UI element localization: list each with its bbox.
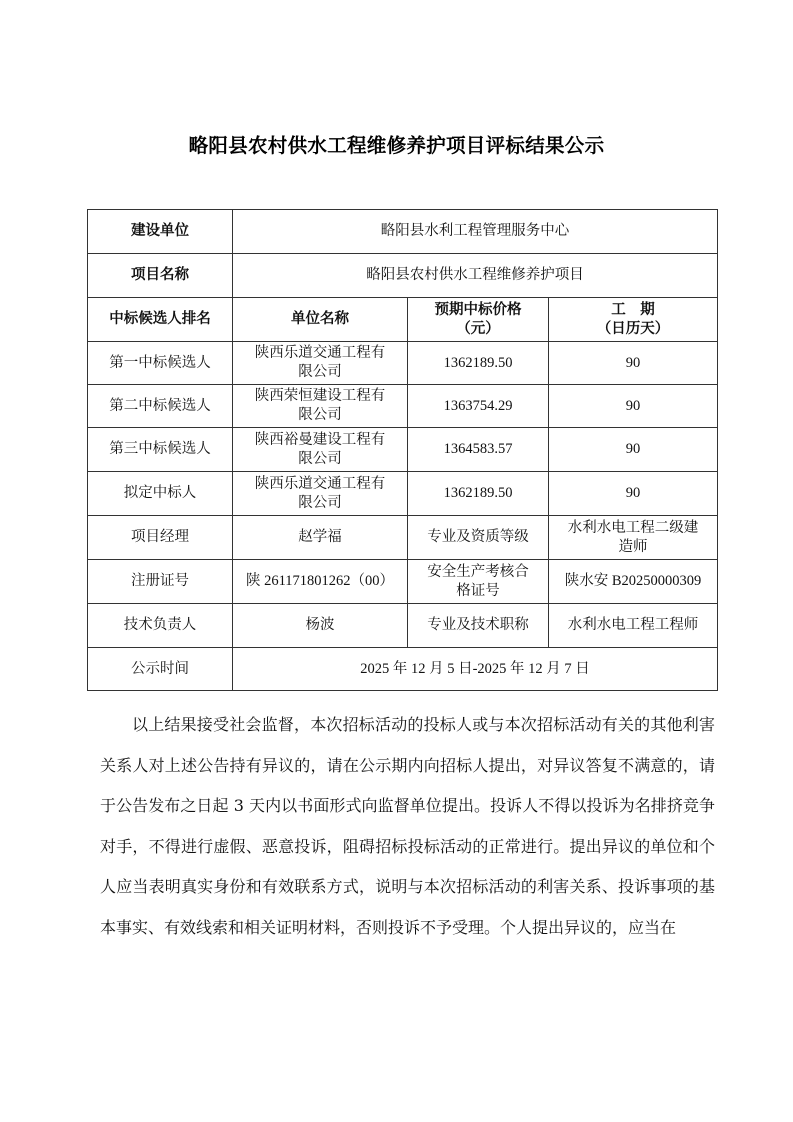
technical-title-value: 水利水电工程工程师 <box>549 604 718 648</box>
table-row-project-manager: 项目经理 赵学福 专业及资质等级 水利水电工程二级建 造师 <box>88 516 718 560</box>
header-rank: 中标候选人排名 <box>88 298 233 342</box>
project-manager-value: 赵学福 <box>233 516 408 560</box>
candidate-unit-line2: 限公司 <box>236 406 404 425</box>
construction-unit-value: 略阳县水利工程管理服务中心 <box>233 210 718 254</box>
header-period: 工 期 （日历天） <box>549 298 718 342</box>
candidate-unit-line1: 陕西裕曼建设工程有 <box>236 431 404 450</box>
header-price-line2: （元） <box>411 320 545 339</box>
project-name-value: 略阳县农村供水工程维修养护项目 <box>233 254 718 298</box>
table-row-technical-lead: 技术负责人 杨波 专业及技术职称 水利水电工程工程师 <box>88 604 718 648</box>
table-row: 第一中标候选人 陕西乐道交通工程有 限公司 1362189.50 90 <box>88 342 718 385</box>
candidate-period: 90 <box>549 342 718 385</box>
evaluation-result-table: 建设单位 略阳县水利工程管理服务中心 项目名称 略阳县农村供水工程维修养护项目 … <box>87 209 718 691</box>
document-title: 略阳县农村供水工程维修养护项目评标结果公示 <box>0 130 793 158</box>
header-price: 预期中标价格 （元） <box>408 298 549 342</box>
header-period-line2: （日历天） <box>552 320 714 339</box>
candidate-period: 90 <box>549 472 718 516</box>
header-period-line1: 工 期 <box>552 301 714 320</box>
table-row-construction-unit: 建设单位 略阳县水利工程管理服务中心 <box>88 210 718 254</box>
qualification-value: 水利水电工程二级建 造师 <box>549 516 718 560</box>
candidate-unit-line1: 陕西乐道交通工程有 <box>236 475 404 494</box>
candidate-unit-line2: 限公司 <box>236 450 404 469</box>
table-row: 第三中标候选人 陕西裕曼建设工程有 限公司 1364583.57 90 <box>88 428 718 472</box>
table-row: 第二中标候选人 陕西荣恒建设工程有 限公司 1363754.29 90 <box>88 385 718 428</box>
safety-cert-label: 安全生产考核合 格证号 <box>408 560 549 604</box>
table-header-row: 中标候选人排名 单位名称 预期中标价格 （元） 工 期 （日历天） <box>88 298 718 342</box>
candidate-unit-line1: 陕西荣恒建设工程有 <box>236 387 404 406</box>
candidate-unit-line2: 限公司 <box>236 363 404 382</box>
candidate-unit: 陕西乐道交通工程有 限公司 <box>233 342 408 385</box>
publicity-period-value: 2025 年 12 月 5 日-2025 年 12 月 7 日 <box>233 648 718 691</box>
safety-cert-label-line2: 格证号 <box>411 582 545 601</box>
construction-unit-label: 建设单位 <box>88 210 233 254</box>
candidate-rank: 第三中标候选人 <box>88 428 233 472</box>
registration-label: 注册证号 <box>88 560 233 604</box>
candidate-unit: 陕西裕曼建设工程有 限公司 <box>233 428 408 472</box>
table-row-registration: 注册证号 陕 261171801262（00） 安全生产考核合 格证号 陕水安 … <box>88 560 718 604</box>
header-unit-name: 单位名称 <box>233 298 408 342</box>
candidate-rank: 拟定中标人 <box>88 472 233 516</box>
project-name-label: 项目名称 <box>88 254 233 298</box>
publicity-period-label: 公示时间 <box>88 648 233 691</box>
candidate-period: 90 <box>549 385 718 428</box>
technical-title-label: 专业及技术职称 <box>408 604 549 648</box>
technical-lead-label: 技术负责人 <box>88 604 233 648</box>
qualification-line2: 造师 <box>552 538 714 557</box>
project-manager-label: 项目经理 <box>88 516 233 560</box>
candidate-unit-line1: 陕西乐道交通工程有 <box>236 344 404 363</box>
technical-lead-value: 杨波 <box>233 604 408 648</box>
candidate-rank: 第一中标候选人 <box>88 342 233 385</box>
header-price-line1: 预期中标价格 <box>411 301 545 320</box>
candidate-price: 1364583.57 <box>408 428 549 472</box>
table-row-project-name: 项目名称 略阳县农村供水工程维修养护项目 <box>88 254 718 298</box>
table-row-publicity-period: 公示时间 2025 年 12 月 5 日-2025 年 12 月 7 日 <box>88 648 718 691</box>
candidate-price: 1362189.50 <box>408 342 549 385</box>
candidate-period: 90 <box>549 428 718 472</box>
notice-paragraph: 以上结果接受社会监督，本次招标活动的投标人或与本次招标活动有关的其他利害关系人对… <box>100 705 715 949</box>
qualification-line1: 水利水电工程二级建 <box>552 519 714 538</box>
registration-value: 陕 261171801262（00） <box>233 560 408 604</box>
safety-cert-label-line1: 安全生产考核合 <box>411 563 545 582</box>
candidate-rank: 第二中标候选人 <box>88 385 233 428</box>
safety-cert-value: 陕水安 B20250000309 <box>549 560 718 604</box>
candidate-unit-line2: 限公司 <box>236 494 404 513</box>
candidate-unit: 陕西荣恒建设工程有 限公司 <box>233 385 408 428</box>
notice-body: 以上结果接受社会监督，本次招标活动的投标人或与本次招标活动有关的其他利害关系人对… <box>100 705 715 949</box>
candidate-price: 1363754.29 <box>408 385 549 428</box>
table-row-proposed-winner: 拟定中标人 陕西乐道交通工程有 限公司 1362189.50 90 <box>88 472 718 516</box>
candidate-unit: 陕西乐道交通工程有 限公司 <box>233 472 408 516</box>
qualification-label: 专业及资质等级 <box>408 516 549 560</box>
candidate-price: 1362189.50 <box>408 472 549 516</box>
